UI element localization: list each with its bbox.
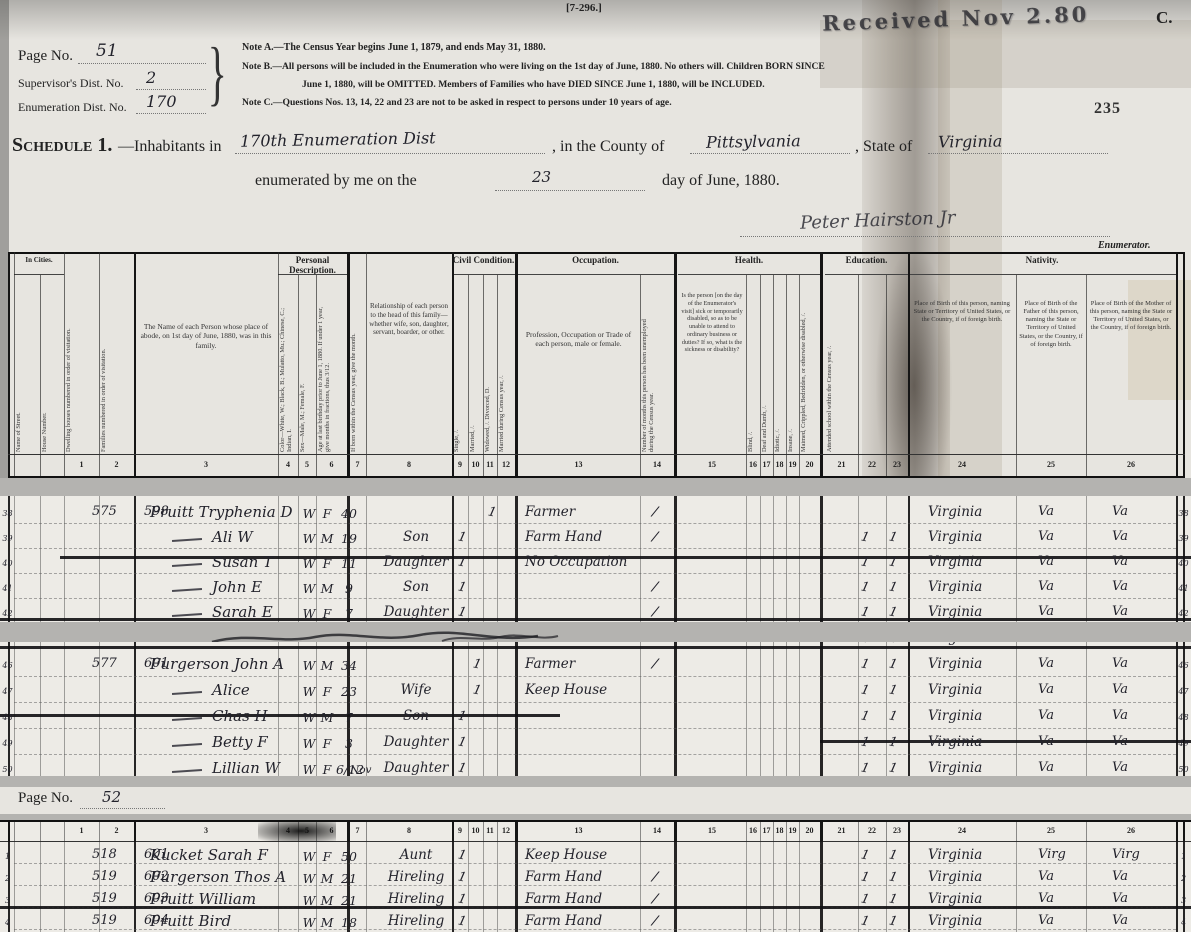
row-separator [14,548,1176,550]
dwelling-number: 575 [92,502,142,522]
row-separator [14,728,1176,730]
relationship-entry: Aunt [380,845,452,865]
mother-birthplace-entry: Va [1112,706,1158,726]
cannot-read-tick: 1 [854,731,876,754]
column-group-birth: Nativity. [908,255,1176,265]
relationship-entry: Son [380,706,452,726]
strip-column-line [468,822,469,844]
mother-birthplace-entry: Va [1112,577,1158,597]
column-number-23: 23 [886,460,908,469]
relationship-entry: Son [380,577,452,597]
occupation-entry: Farm Hand [525,911,645,931]
column-number-2: 2 [99,826,134,835]
separator-band [0,622,1191,642]
band-column-line [746,842,747,932]
note-a: Note A.—The Census Year begins June 1, 1… [242,42,546,53]
ditto-dash [172,563,202,567]
color-entry: W [300,760,318,776]
column-header-family: Families numbered in order of visitation… [100,280,133,452]
column-header-mother: Place of Birth of the Mother of this per… [1089,300,1173,333]
sex-entry: F [318,760,336,776]
column-number-17: 17 [760,460,773,469]
column-number-26: 26 [1086,826,1176,835]
column-number-22: 22 [858,826,886,835]
schedule-lead: —Inhabitants in [118,138,222,156]
census-page: [7-296.] Received Nov 2.80 C. Page No. 5… [0,0,1191,932]
band-column-line [64,842,65,932]
column-header-school: Attended school within the Census year, … [826,304,857,452]
separator-band [0,776,1191,787]
row-number-left: 42 [1,604,14,622]
row-number-left: 50 [1,760,14,776]
column-number-16: 16 [746,460,760,469]
band-column-line [14,842,15,932]
sex-entry: M [318,656,336,676]
signature-rule [740,236,1110,237]
header-column-line [515,252,518,478]
cannot-read-tick: 1 [854,576,876,599]
note-c: Note C.—Questions Nos. 13, 14, 22 and 23… [242,97,672,108]
page52-rule [80,808,165,809]
band-column-line [786,496,787,622]
father-birthplace-entry: Va [1038,654,1084,674]
row-number-right: 40 [1177,554,1190,574]
occupation-entry: Farm Hand [525,889,645,909]
unemployed-tick: / [643,887,667,911]
row-number-right: 47 [1177,682,1190,702]
birthplace-entry: Virginia [928,602,1033,622]
page52-label: Page No. [18,790,73,807]
sex-entry: F [318,554,336,574]
column-header-sex: Sex—Male, M.; Female, F. [299,304,315,452]
sex-entry: F [318,734,336,754]
strip-column-line [1016,822,1017,844]
birthplace-entry: Virginia [928,577,1033,597]
occupation-entry: Keep House [525,680,645,700]
column-header-occ: Profession, Occupation or Trade of each … [520,330,637,349]
color-entry: W [300,579,318,599]
sex-entry: M [318,579,336,599]
occupation-entry: Farmer [525,502,645,522]
cannot-write-tick: 1 [882,705,904,728]
state-rule [928,153,1108,154]
stamp-number: 235 [1094,100,1121,118]
enumeration-label: Enumeration Dist. No. [18,100,127,115]
row-separator [14,598,1176,600]
header-column-line [8,252,10,478]
column-number-23: 23 [886,826,908,835]
sex-entry: M [318,891,336,911]
column-number-19: 19 [786,460,799,469]
relationship-entry: Hireling [380,867,452,887]
unemployed-tick: / [643,600,667,622]
strip-column-line [760,822,761,844]
band-column-line [40,842,41,932]
column-number-11: 11 [483,826,497,835]
color-entry: W [300,682,318,702]
column-number-14: 14 [640,826,674,835]
cannot-read-tick: 1 [854,526,876,549]
cannot-read-tick: 1 [854,910,876,932]
father-birthplace-entry: Va [1038,867,1084,887]
column-header-widowed: Widowed, /. Divorced, D. [484,304,496,452]
census-band-page52-rows-1-4: 11518601Kucket Sarah FWF50Aunt1Keep Hous… [0,842,1191,932]
column-number-17: 17 [760,826,773,835]
column-header-name: The Name of each Person whose place of a… [137,322,275,350]
strip-column-line [746,822,747,844]
header-column-line [674,252,677,478]
unemployed-tick: / [643,909,667,932]
column-number-13: 13 [517,826,640,835]
father-birthplace-entry: Va [1038,552,1084,572]
ditto-dash [172,613,202,617]
mother-birthplace-entry: Va [1112,642,1158,648]
cannot-read-tick: 1 [854,601,876,622]
birthplace-entry: Virginia [928,845,1033,865]
occupation-entry: Farmer [525,654,645,674]
mother-birthplace-entry: Va [1112,758,1158,776]
header-column-line [1086,275,1087,478]
row-number-right: 4 [1177,913,1190,932]
single-tick: 1 [453,758,471,776]
column-header-b20: Maimed, Crippled, Bedridden, or otherwis… [800,304,819,452]
cannot-write-tick: 1 [882,551,904,574]
father-birthplace-entry: Va [1038,889,1084,909]
column-number-9: 9 [452,826,468,835]
birthplace-entry: Virginia [928,654,1033,674]
column-number-16: 16 [746,826,760,835]
form-number: [7-296.] [566,2,602,14]
band-column-line [799,496,800,622]
header-column-line [886,275,887,478]
band-column-line [760,496,761,622]
band-column-line [1086,842,1087,932]
column-number-18: 18 [773,826,786,835]
strip-column-line [858,822,859,844]
occupation-entry: Farm Hand [525,527,645,547]
row-number-left: 1 [1,847,14,867]
occupation-entry: Farm Hand [525,867,645,887]
county-value: Pittsylvania [706,131,801,152]
ditto-dash [172,538,202,542]
column-group-occ: Occupation. [517,255,674,265]
sex-entry: F [318,682,336,702]
mother-birthplace-entry: Va [1112,732,1158,752]
strip-column-line [674,822,677,844]
column-number-7: 7 [349,460,366,469]
row-number-right: 49 [1177,734,1190,754]
dwelling-number: 519 [92,911,142,931]
number-row-top-rule [8,454,1185,455]
schedule-title: Schedule 1. [12,134,112,157]
column-number-24: 24 [908,460,1016,469]
cannot-write-tick: 1 [882,601,904,622]
column-number-24: 24 [908,826,1016,835]
birthplace-entry: Virginia [928,527,1033,547]
header-column-line [908,252,910,478]
color-entry: W [300,734,318,754]
strip-column-line [366,822,367,844]
column-header-myear: Married during Census year, /. [498,304,514,452]
birthplace-entry: Virginia [928,706,1033,726]
band-column-line [64,496,65,622]
band-column-line [773,496,774,622]
cannot-write-tick: 1 [882,576,904,599]
mother-birthplace-entry: Va [1112,889,1158,909]
age-entry: 21 [336,869,362,889]
column-number-13: 13 [517,460,640,469]
mother-birthplace-entry: Va [1112,602,1158,622]
column-number-1: 1 [64,826,99,835]
row-separator [14,702,1176,704]
strip-column-line [8,822,10,844]
enumerated-post: day of June, 1880. [662,172,780,190]
age-entry: 3 [336,734,362,754]
band-column-line [746,496,747,622]
father-birthplace-entry: Va [1038,642,1084,648]
strip-column-line [820,822,823,844]
page-no-value: 51 [96,41,118,61]
strip-column-line [483,822,484,844]
father-birthplace-entry: Va [1038,758,1084,776]
row-number-left: 38 [1,504,14,524]
header-column-line [134,252,136,478]
column-number-21: 21 [825,826,858,835]
row-number-right: 50 [1177,760,1190,776]
table-top-border [8,252,1185,254]
birthplace-entry: Virginia [928,732,1033,752]
dwelling-number: 518 [92,845,142,865]
header-column-line [1016,275,1017,478]
birthplace-entry: Virginia [928,867,1033,887]
color-entry: W [300,604,318,622]
strip-column-line [786,822,787,844]
column-group-color: Personal Description. [278,255,347,275]
column-number-3: 3 [134,460,278,469]
row-number-right: 39 [1177,529,1190,549]
day-rule [495,190,645,191]
father-birthplace-entry: Virg [1038,845,1084,865]
column-number-15: 15 [678,460,746,469]
cannot-write-tick: 1 [882,679,904,702]
dwelling-number: 519 [92,889,142,909]
table-header: In Cities.Personal Description.Civil Con… [0,250,1191,478]
strip-column-line [640,822,641,844]
age-entry: 50 [336,847,362,867]
column-header-month: If born within the Census year, give the… [350,280,365,452]
supervisor-value: 2 [146,68,156,87]
strip-column-line [773,822,774,844]
band-column-line [497,842,498,932]
ink-blot [258,820,336,842]
row-number-right: 48 [1177,708,1190,728]
age-entry: 19 [336,529,362,549]
note-b-line2: June 1, 1880, will be OMITTED. Members o… [302,79,765,90]
cannot-write-tick: 1 [882,526,904,549]
unemployed-tick: / [643,525,667,549]
band-column-line [908,842,910,932]
page-no-label: Page No. [18,48,73,65]
row-number-left: 3 [1,891,14,911]
age-entry: 7 [336,604,362,622]
cannot-read-tick: 1 [854,679,876,702]
band-column-line [14,496,15,622]
column-header-b16: Blind, /. [747,304,759,452]
band-column-line [1086,496,1087,622]
cannot-read-tick: 1 [854,705,876,728]
column-number-4: 4 [278,460,298,469]
column-number-20: 20 [799,826,820,835]
column-number-14: 14 [640,460,674,469]
band-column-line [760,842,761,932]
father-birthplace-entry: Va [1038,680,1084,700]
row-separator [14,754,1176,756]
dwelling-number: 519 [92,867,142,887]
row-number-left: 39 [1,529,14,549]
district-fill-rule [235,153,545,154]
row-number-left: 41 [1,579,14,599]
age-entry: 9 [336,579,362,599]
column-number-12: 12 [497,460,515,469]
strip-column-line [799,822,800,844]
column-number-2: 2 [99,460,134,469]
page52-value: 52 [102,788,121,806]
supervisor-rule [136,89,206,90]
county-rule [690,153,850,154]
sex-entry: F [318,604,336,622]
relationship-entry: Hireling [380,911,452,931]
state-label: , State of [855,138,912,156]
strip-column-line [64,822,65,844]
occupation-entry: No Occupation [525,552,645,572]
birthplace-entry: Virginia [928,552,1033,572]
strip-column-line [14,822,15,844]
column-group-school: Education. [825,255,908,265]
column-number-3: 3 [134,826,278,835]
column-number-22: 22 [858,460,886,469]
strip-column-line [347,822,350,844]
row-separator [14,573,1176,575]
color-entry: W [300,891,318,911]
birthplace-entry: Virginia [928,642,1033,648]
row-number-right: 2 [1177,869,1190,889]
strip-column-line [1176,822,1178,844]
cannot-write-tick: 1 [882,731,904,754]
cannot-read-tick: 1 [854,757,876,776]
band-column-line [820,496,823,622]
color-entry: W [300,554,318,574]
row-number-right: 38 [1177,504,1190,524]
age-entry: 40 [336,504,362,524]
group-underline [517,274,674,275]
father-birthplace-entry: Va [1038,527,1084,547]
column-number-11: 11 [483,460,497,469]
column-group-sick: Health. [678,255,820,265]
column-header-b18: Idiotic, /. [774,304,785,452]
color-entry: W [300,656,318,676]
column-group-street: In Cities. [14,256,64,264]
column-header-unemp: Number of months this person has been un… [641,304,673,452]
sex-entry: M [318,708,336,728]
column-number-21: 21 [825,460,858,469]
ditto-dash [172,588,202,592]
column-number-6: 6 [316,460,347,469]
row-number-right: 3 [1177,891,1190,911]
father-birthplace-entry: Va [1038,602,1084,622]
relationship-entry: Son [380,527,452,547]
column-header-street: Name of Street. [15,304,39,452]
strip-column-line [515,822,518,844]
strip-column-line [99,822,100,844]
birthplace-entry: Virginia [928,911,1033,931]
sex-entry: M [318,529,336,549]
ditto-dash [172,691,202,695]
widowed-tick: 1 [483,502,501,524]
mother-birthplace-entry: Va [1112,680,1158,700]
color-entry: W [300,913,318,932]
mother-birthplace-entry: Virg [1112,845,1158,865]
band-column-line [452,496,454,622]
column-group-single: Civil Condition. [452,255,515,265]
age-entry: 34 [336,656,362,676]
relationship-entry: Daughter [380,758,452,776]
column-header-b17: Deaf and Dumb, /. [761,304,772,452]
relationship-entry: Daughter [380,732,452,752]
band-column-line [908,496,910,622]
row-separator [14,676,1176,678]
relationship-entry: Hireling [380,889,452,909]
relationship-entry: Wife [380,680,452,700]
birthplace-entry: Virginia [928,680,1033,700]
day-value: 23 [532,168,551,186]
age-entry: 18 [336,913,362,932]
band-column-line [452,842,454,932]
age-entry: 21 [336,891,362,911]
group-underline [825,274,908,275]
strip-column-line [452,822,454,844]
cannot-read-tick: 1 [854,653,876,676]
age-entry: 11 [336,554,362,574]
band-column-line [515,842,518,932]
unemployed-tick: / [643,652,667,676]
column-number-15: 15 [678,826,746,835]
column-number-25: 25 [1016,460,1086,469]
column-header-father: Place of Birth of the Father of this per… [1019,300,1083,349]
strip-column-line [497,822,498,844]
dwelling-number: 577 [92,654,142,674]
mother-birthplace-entry: Va [1112,654,1158,674]
strip-column-line [908,822,910,844]
header-column-line [858,275,859,478]
color-entry: W [300,504,318,524]
ditto-dash [172,769,202,773]
row-separator [14,523,1176,525]
father-birthplace-entry: Va [1038,577,1084,597]
color-entry: W [300,708,318,728]
header-column-line [1183,252,1185,478]
strip-column-line [134,822,136,844]
birthplace-entry: Virginia [928,889,1033,909]
band-column-line [40,496,41,622]
father-birthplace-entry: Va [1038,732,1084,752]
cannot-write-tick: 1 [882,757,904,776]
mother-birthplace-entry: Va [1112,911,1158,931]
color-entry: W [300,869,318,889]
column-header-b19: Insane, /. [787,304,798,452]
mother-birthplace-entry: Va [1112,527,1158,547]
strip-column-line [886,822,887,844]
father-birthplace-entry: Va [1038,706,1084,726]
